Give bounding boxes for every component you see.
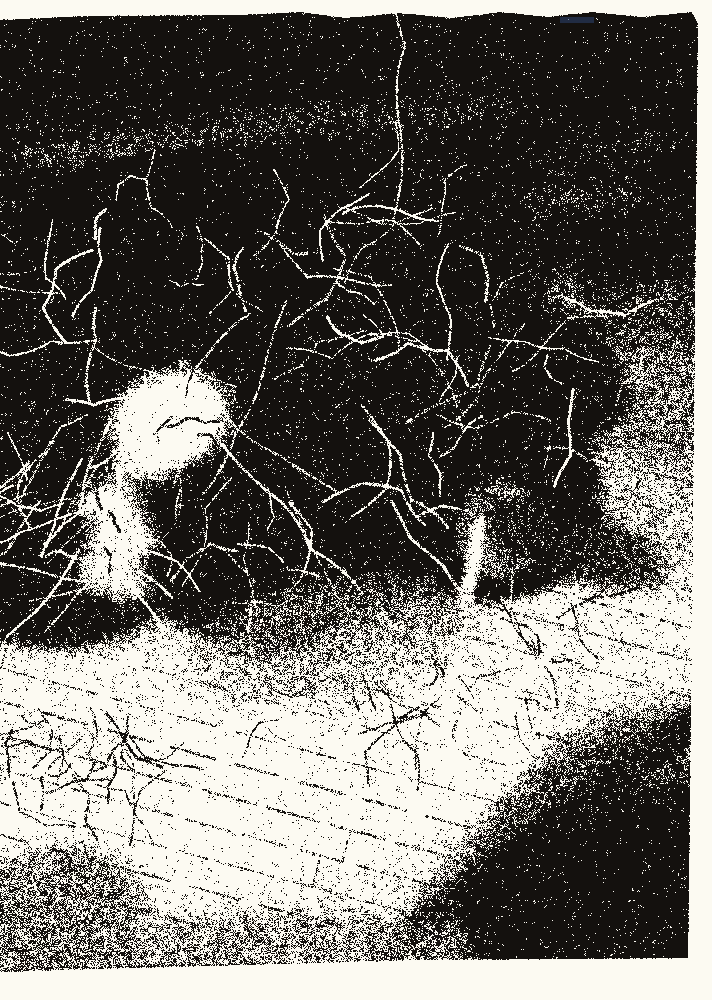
scanned-page [0, 0, 712, 1000]
photocopy-photograph-canvas [0, 0, 712, 1000]
photocopy-figure [0, 0, 712, 1000]
